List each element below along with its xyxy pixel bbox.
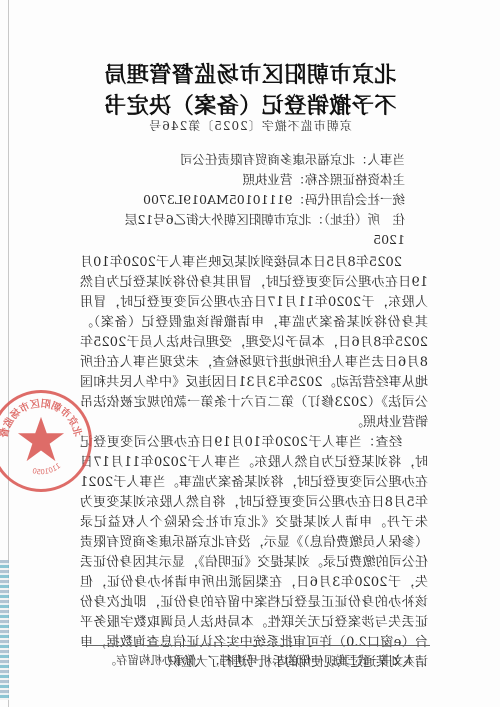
credit-code-value: 91110105MA019L3700 [143, 192, 292, 207]
address-value: 北京市朝阳区朝外大街乙6号12层 [125, 212, 311, 227]
footer-divider [82, 645, 430, 646]
license-value: 营业执照 [242, 172, 292, 187]
party-row: 当事人：北京福乐康多商贸有限责任公司 [75, 150, 405, 170]
credit-code-label: 统一社会信用代码： [292, 192, 405, 207]
issuer-title: 北京市朝阳区市场监督管理局 [0, 58, 500, 89]
party-info: 当事人：北京福乐康多商贸有限责任公司 主体资格证照名称：营业执照 统一社会信用代… [75, 150, 405, 250]
document-title: 不予撤销登记（备案）决定书 [0, 89, 500, 120]
official-seal: 北京市朝阳区市场监督管理局 1101050 [0, 390, 92, 492]
address-label: 住 所（住址）： [311, 212, 405, 227]
document-body: 2025年8月5日本局接到刘某反映当事人于2020年10月19日在办理公司变更登… [80, 253, 428, 673]
address-row: 住 所（住址）：北京市朝阳区朝外大街乙6号12层 [75, 210, 405, 230]
seal-ring-text: 北京市朝阳区市场监督管理局 1101050 [0, 393, 89, 489]
license-row: 主体资格证照名称：营业执照 [75, 170, 405, 190]
footer-note: 本文书一式三份，一份送达，一份归档，一份承办机构留存。 [105, 652, 416, 668]
document-page: 北京市朝阳区市场监督管理局 不予撤销登记（备案）决定书 京朝市监不撤字〔2025… [0, 0, 500, 707]
license-label: 主体资格证照名称： [292, 172, 405, 187]
svg-text:北京市朝阳区市场监督管理局: 北京市朝阳区市场监督管理局 [0, 393, 89, 439]
body-paragraph-2: 经查：当事人于2020年10月19日在办理公司变更登记时，将刘某登记为自然人股东… [80, 433, 428, 673]
credit-code-row: 统一社会信用代码：91110105MA019L3700 [75, 190, 405, 210]
document-number: 京朝市监不撤字〔2025〕第246号 [0, 117, 500, 134]
scan-edge-strip [0, 560, 9, 700]
body-paragraph-1: 2025年8月5日本局接到刘某反映当事人于2020年10月19日在办理公司变更登… [80, 253, 428, 433]
party-label: 当事人： [355, 152, 405, 167]
party-value: 北京福乐康多商贸有限责任公司 [180, 152, 355, 167]
svg-text:1101050: 1101050 [31, 462, 62, 477]
address-continuation: 1205 [75, 230, 405, 250]
